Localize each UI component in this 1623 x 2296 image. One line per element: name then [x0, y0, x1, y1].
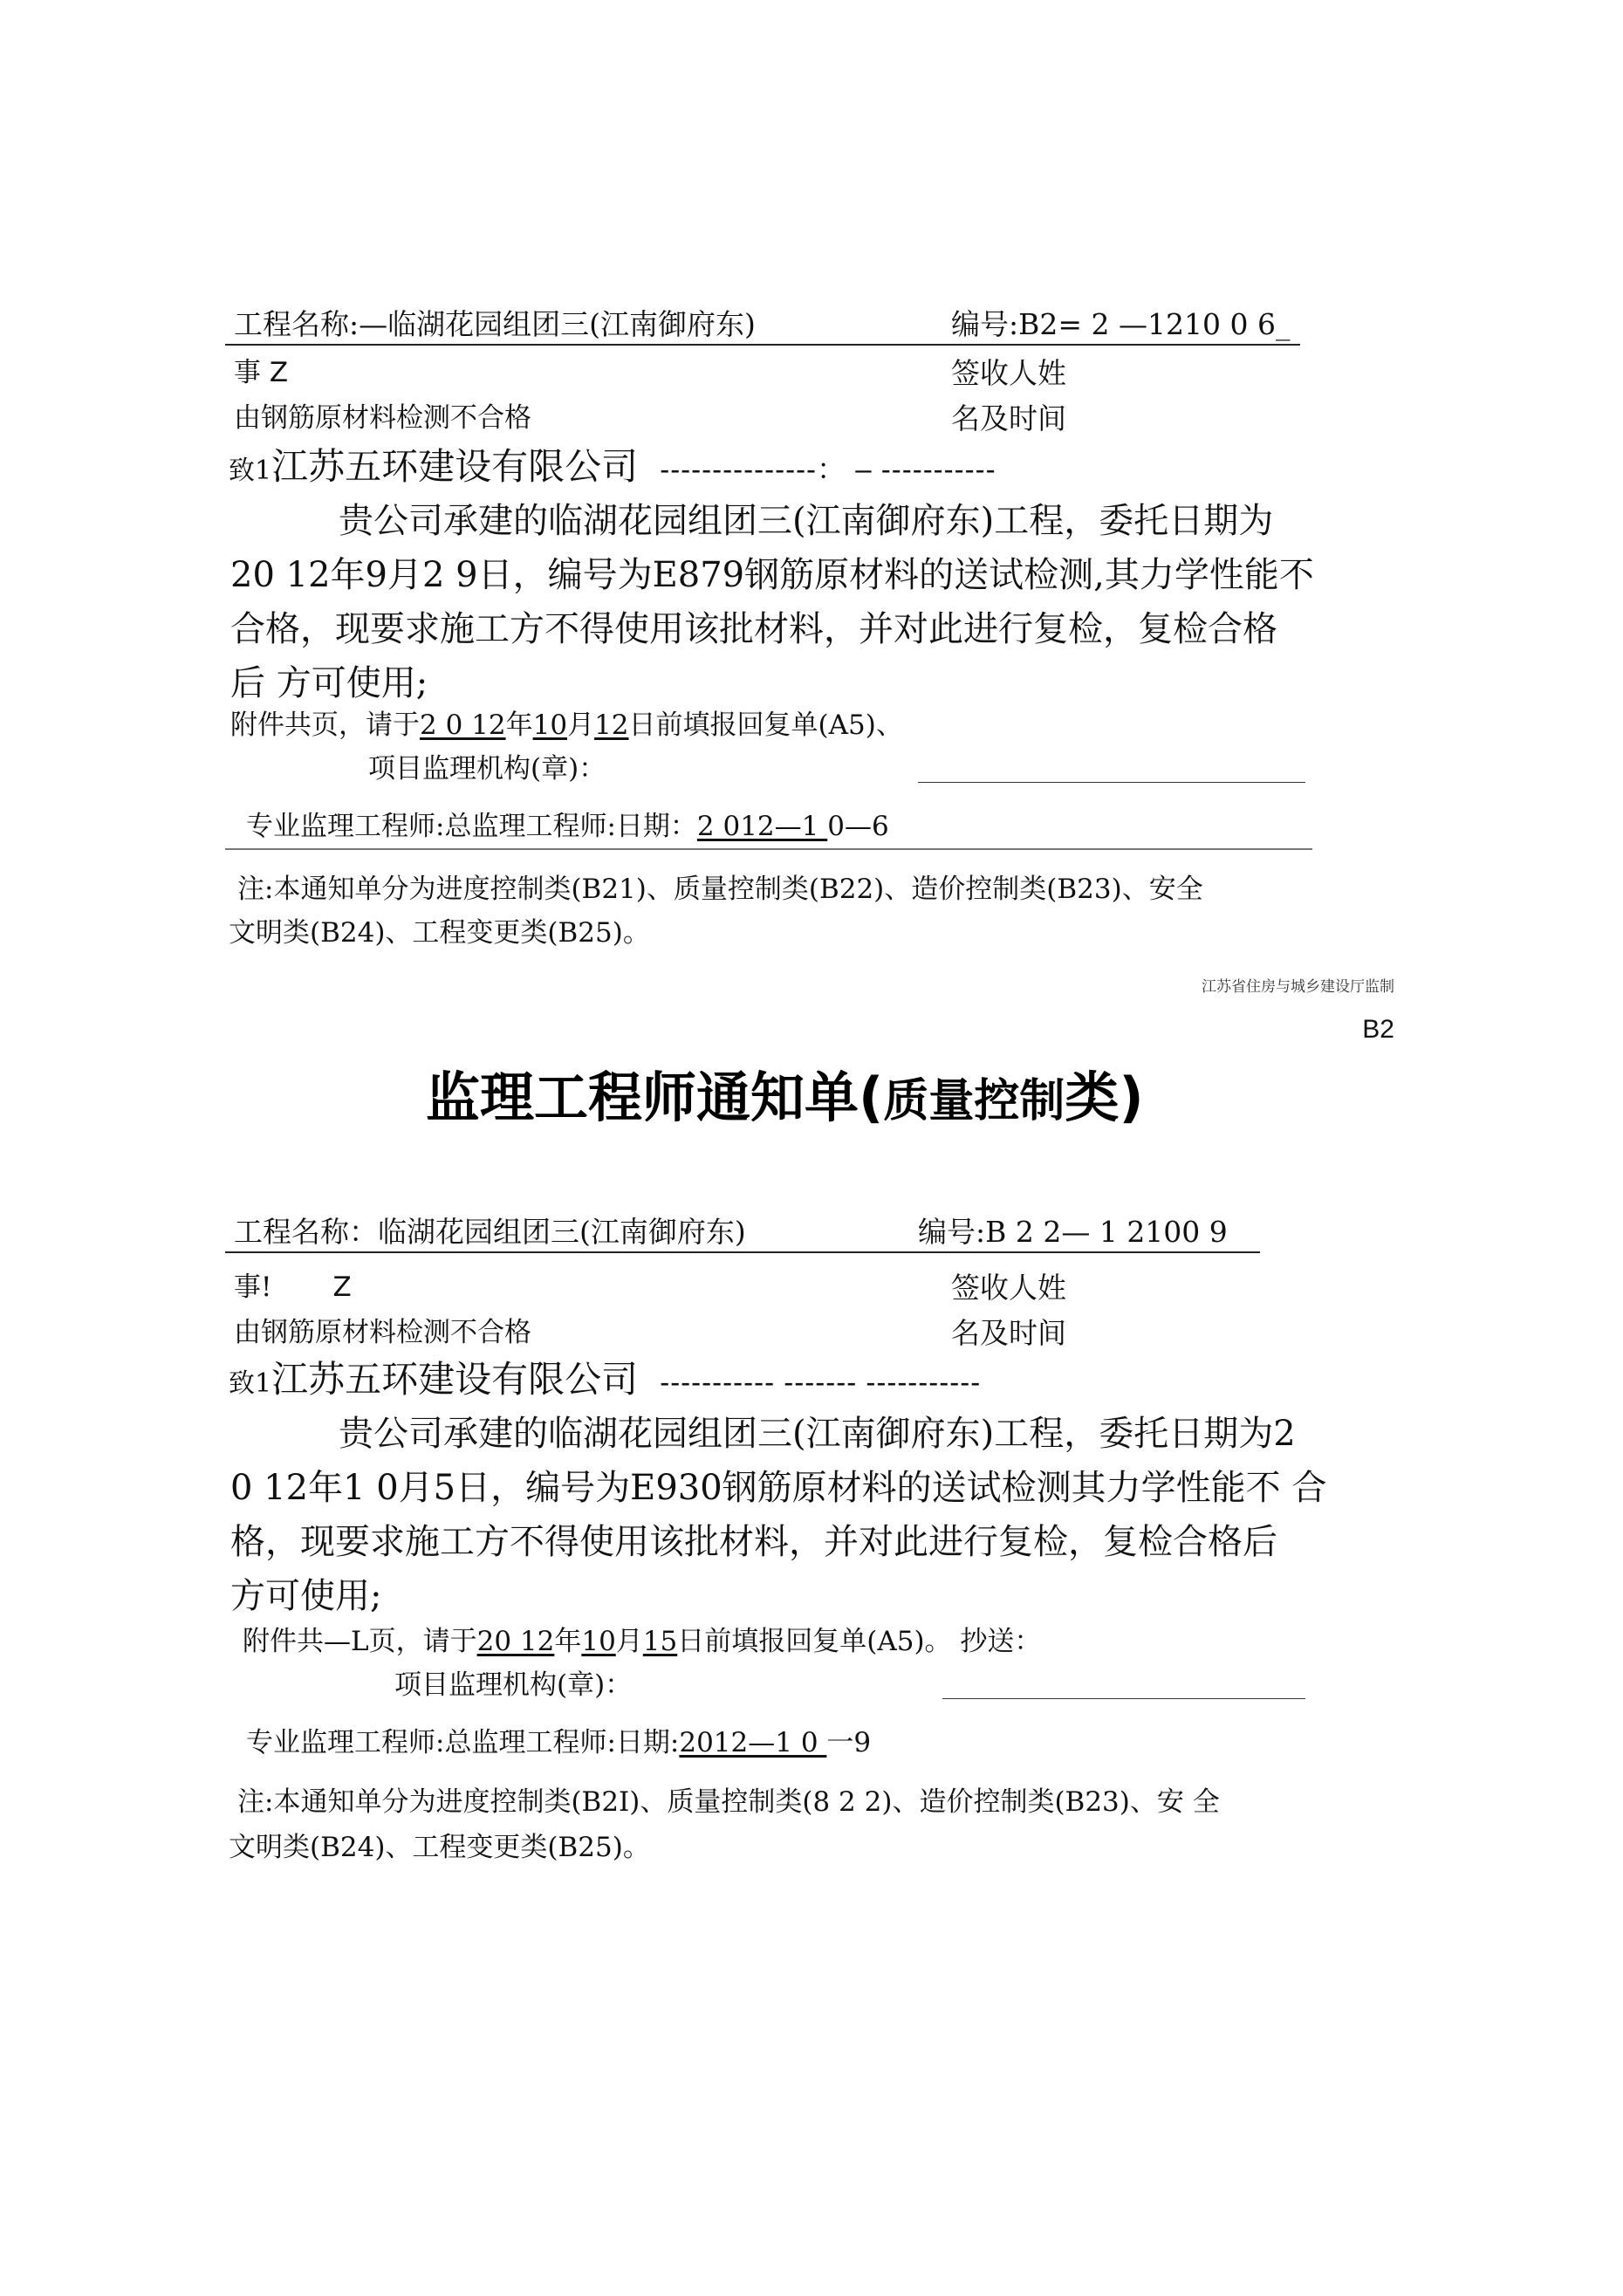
to-dashes: ---------------： – -----------: [660, 453, 996, 485]
receiver-label-2: 名及时间: [951, 401, 1066, 436]
project-name: 工程名称:—临湖花园组团三(江南御府东): [234, 307, 756, 342]
note-line: 文明类(B24)、工程变更类(B25)。: [229, 1831, 650, 1864]
reply-month: 10: [581, 1626, 615, 1657]
signature-date: 2012—1 0: [679, 1727, 826, 1758]
reply-day: 15: [643, 1626, 677, 1657]
note-line: 注:本通知单分为进度控制类(B2I)、质量控制类(8 2 2)、造价控制类(B2…: [237, 1785, 1220, 1819]
body-line: 贵公司承建的临湖花园组团三(江南御府东)工程，委托日期为: [339, 499, 1273, 543]
to-prefix: 致1: [229, 1368, 271, 1399]
org-stamp-line: [918, 782, 1305, 783]
reply-month: 10: [533, 709, 567, 741]
notice-number: 编号:B2= 2 —1210 0 6_: [951, 307, 1290, 342]
to-company: 江苏五环建设有限公司: [271, 1358, 638, 1401]
header-underline: [225, 344, 1300, 346]
form-code: B2: [1362, 1014, 1394, 1045]
page-title: 监理工程师通知单(质量控制类): [426, 1063, 1144, 1136]
addressee-line: 致1江苏五环建设有限公司 ---------------： – --------…: [229, 445, 996, 489]
to-company: 江苏五环建设有限公司: [271, 445, 638, 488]
reply-year: 2 0 12: [420, 709, 506, 741]
to-prefix: 致1: [229, 456, 271, 486]
org-stamp-line: [942, 1698, 1305, 1699]
subject-label: 事!Z: [234, 1271, 352, 1304]
body-line: 贵公司承建的临湖花园组团三(江南御府东)工程，委托日期为2: [339, 1412, 1296, 1456]
issuer-label: 江苏省住房与城乡建设厅监制: [1202, 977, 1394, 997]
note-line: 文明类(B24)、工程变更类(B25)。: [229, 916, 650, 949]
header-underline: [225, 1251, 1260, 1253]
project-name: 工程名称：临湖花园组团三(江南御府东): [234, 1215, 746, 1250]
notice-number: 编号:B 2 2— 1 2100 9: [918, 1215, 1228, 1250]
org-stamp-label: 项目监理机构(章)：: [394, 1669, 632, 1702]
subject-text: 由钢筋原材料检测不合格: [234, 401, 531, 435]
note-line: 注:本通知单分为进度控制类(B21)、质量控制类(B22)、造价控制类(B23)…: [237, 873, 1203, 906]
to-dashes: ----------- ------- -----------: [660, 1366, 981, 1398]
body-line: 合格，现要求施工方不得使用该批材料，并对此进行复检，复检合格: [230, 607, 1277, 651]
addressee-line: 致1江苏五环建设有限公司 ----------- ------- -------…: [229, 1358, 981, 1402]
body-line: 20 12年9月2 9日，编号为E879钢筋原材料的送试检测,其力学性能不: [230, 553, 1314, 597]
receiver-label-1: 签收人姓: [951, 1271, 1066, 1306]
subject-label: 事 Z: [234, 356, 288, 389]
attachment-line: 附件共—L页，请于20 12年10月15日前填报回复单(A5)。 抄送：: [243, 1625, 1041, 1658]
receiver-label-2: 名及时间: [951, 1316, 1066, 1351]
signature-line: 专业监理工程师:总监理工程师:日期：2 012—1 0—6: [246, 810, 889, 843]
reply-year: 20 12: [477, 1626, 555, 1657]
signature-label: 专业监理工程师:总监理工程师:日期：: [246, 811, 697, 842]
body-line: 方可使用;: [230, 1574, 381, 1618]
receiver-label-1: 签收人姓: [951, 356, 1066, 391]
signature-label: 专业监理工程师:总监理工程师:日期:: [246, 1727, 679, 1758]
org-stamp-label: 项目监理机构(章)：: [368, 752, 606, 785]
subject-text: 由钢筋原材料检测不合格: [234, 1316, 531, 1349]
body-line: 0 12年1 0月5日，编号为E930钢筋原材料的送试检测其力学性能不 合: [230, 1466, 1326, 1510]
attachment-line: 附件共页，请于2 0 12年10月12日前填报回复单(A5)、: [230, 709, 903, 742]
body-line: 后 方可使用;: [230, 661, 428, 705]
signature-date: 2 012—1: [697, 811, 827, 842]
reply-day: 12: [594, 709, 628, 741]
signature-line: 专业监理工程师:总监理工程师:日期:2012—1 0 一9: [246, 1726, 871, 1759]
body-line: 格，现要求施工方不得使用该批材料，并对此进行复检，复检合格后: [230, 1520, 1277, 1564]
section-divider: [225, 848, 1312, 850]
